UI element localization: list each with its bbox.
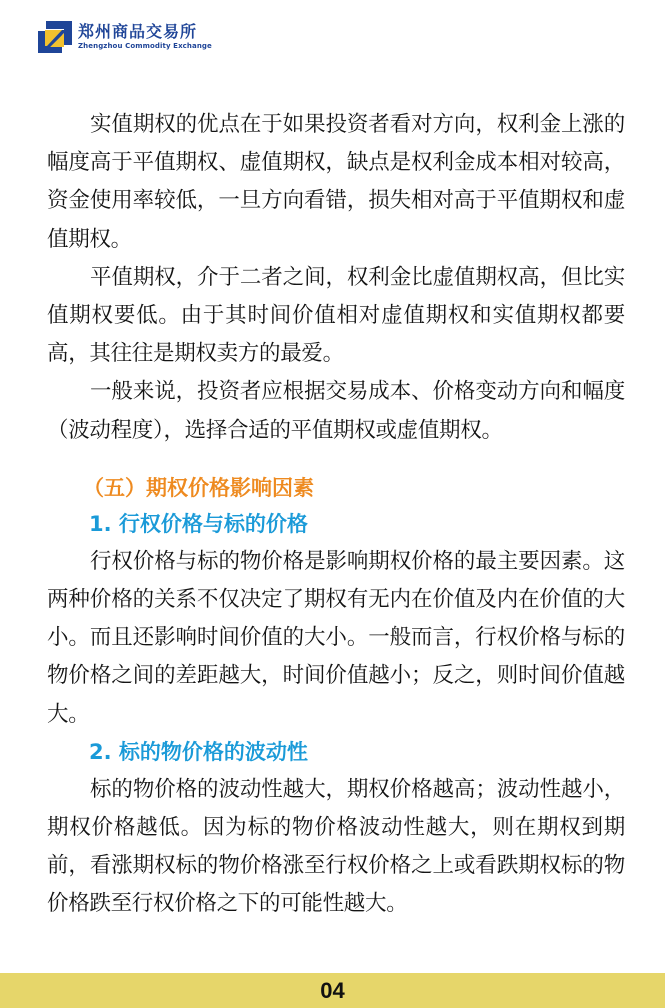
- footer-bar: 04: [0, 973, 665, 1008]
- zce-logo-icon: [38, 21, 72, 53]
- paragraph-itm-options: 实值期权的优点在于如果投资者看对方向，权利金上涨的幅度高于平值期权、虚值期权，缺…: [47, 106, 625, 259]
- paragraph-atm-options: 平值期权，介于二者之间，权利金比虚值期权高，但比实值期权要低。由于其时间价值相对…: [47, 259, 625, 374]
- logo-english-name: Zhengzhou Commodity Exchange: [78, 43, 212, 50]
- paragraph-investor-advice: 一般来说，投资者应根据交易成本、价格变动方向和幅度（波动程度），选择合适的平值期…: [47, 373, 625, 449]
- logo-chinese-name: 郑州商品交易所: [78, 24, 212, 40]
- subheading-volatility: 2. 标的物价格的波动性: [47, 734, 625, 771]
- subheading-strike-vs-underlying: 1. 行权价格与标的价格: [47, 506, 625, 543]
- document-body: 实值期权的优点在于如果投资者看对方向，权利金上涨的幅度高于平值期权、虚值期权，缺…: [47, 106, 625, 924]
- paragraph-volatility: 标的物价格的波动性越大，期权价格越高；波动性越小，期权价格越低。因为标的物价格波…: [47, 771, 625, 924]
- page-number: 04: [320, 978, 344, 1004]
- section-heading-price-factors: （五）期权价格影响因素: [47, 470, 625, 506]
- paragraph-strike-vs-underlying: 行权价格与标的物价格是影响期权价格的最主要因素。这两种价格的关系不仅决定了期权有…: [47, 543, 625, 734]
- exchange-logo: 郑州商品交易所 Zhengzhou Commodity Exchange: [38, 20, 212, 54]
